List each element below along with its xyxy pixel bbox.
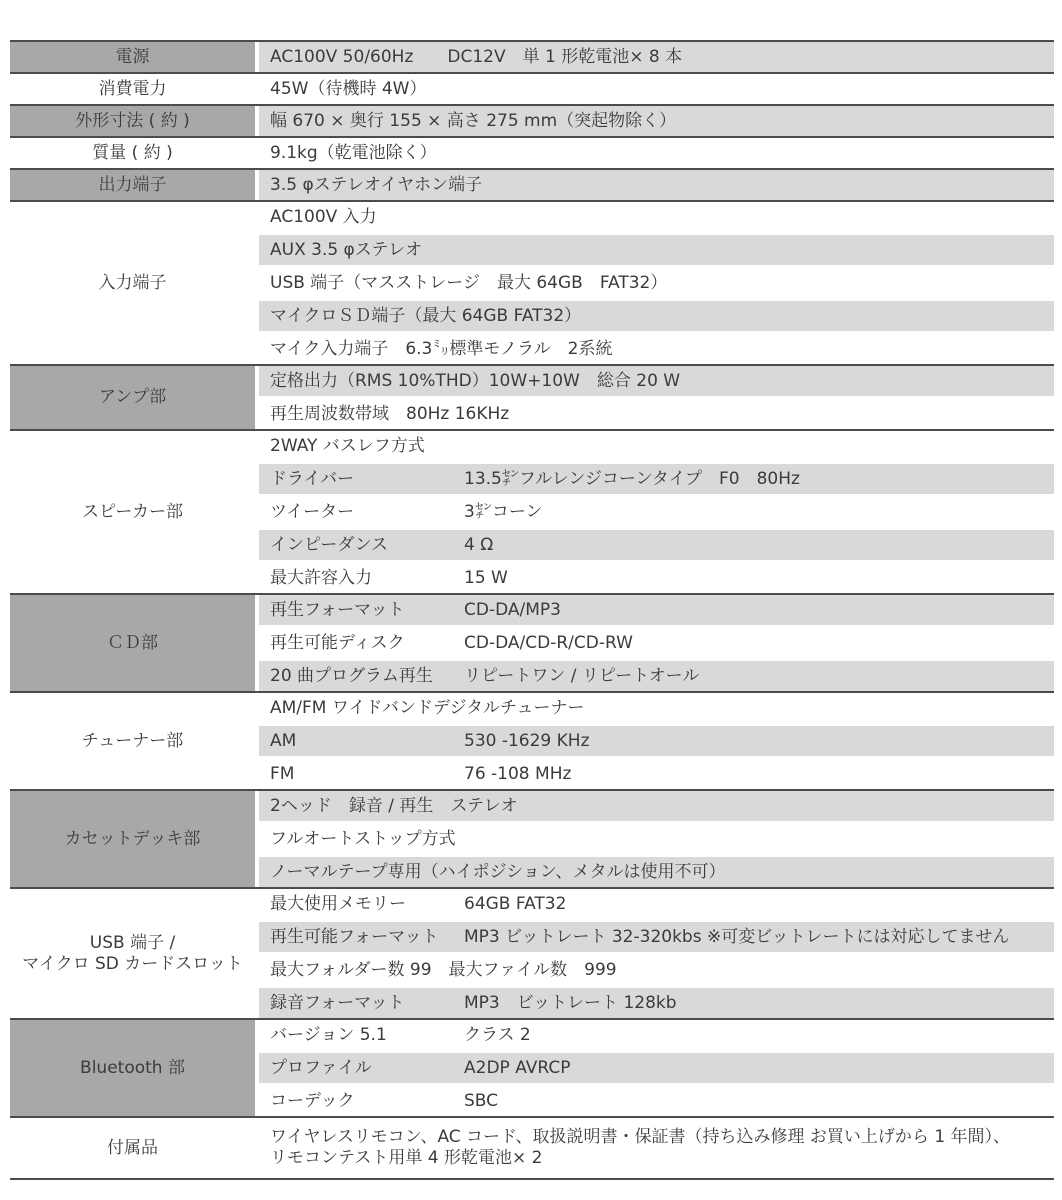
spec-sub-label: 最大許容入力 — [270, 568, 464, 589]
spec-sub-label: ツイーター — [270, 502, 464, 523]
spec-sub-label: 再生可能フォーマット — [270, 927, 464, 948]
section-power: 電源 AC100V 50/60Hz DC12V 単 1 形乾電池× 8 本 — [10, 42, 1054, 74]
spec-sub-value: CD-DA/CD-R/CD-RW — [464, 633, 1054, 654]
spec-row: 再生フォーマットCD-DA/MP3 — [259, 595, 1054, 625]
spec-row: ノーマルテープ専用（ハイポジション、メタルは使用不可） — [259, 857, 1054, 887]
section-weight: 質量 ( 約 ) 9.1kg（乾電池除く） — [10, 138, 1054, 170]
spec-row: ツイーター3㌢コーン — [259, 497, 1054, 527]
spec-value: ワイヤレスリモコン、AC コード、取扱説明書・保証書（持ち込み修理 お買い上げか… — [270, 1127, 1054, 1169]
section-label: Bluetooth 部 — [10, 1020, 255, 1116]
spec-sub-label: 録音フォーマット — [270, 993, 464, 1014]
section-amplifier: アンプ部 定格出力（RMS 10%THD）10W+10W 総合 20 W 再生周… — [10, 366, 1054, 431]
spec-row: 2WAY バスレフ方式 — [259, 431, 1054, 461]
spec-value: 再生周波数帯域 80Hz 16KHz — [270, 404, 1054, 425]
spec-value: 幅 670 × 奥行 155 × 高さ 275 mm（突起物除く） — [270, 111, 1054, 132]
spec-sub-value: 4 Ω — [464, 535, 1054, 556]
section-label: アンプ部 — [10, 366, 255, 429]
spec-sub-label: 20 曲プログラム再生 — [270, 666, 464, 687]
spec-row: バージョン 5.1クラス 2 — [259, 1020, 1054, 1050]
spec-row: 再生可能フォーマットMP3 ビットレート 32-320kbs ※可変ビットレート… — [259, 922, 1054, 952]
spec-value: フルオートストップ方式 — [270, 829, 1054, 850]
section-label: カセットデッキ部 — [10, 791, 255, 887]
section-label: ＣＤ部 — [10, 595, 255, 691]
spec-row: AM/FM ワイドバンドデジタルチューナー — [259, 693, 1054, 723]
section-label: USB 端子 / マイクロ SD カードスロット — [10, 889, 255, 1018]
spec-row: FM76 -108 MHz — [259, 759, 1054, 789]
spec-row: フルオートストップ方式 — [259, 824, 1054, 854]
spec-value: AC100V 50/60Hz DC12V 単 1 形乾電池× 8 本 — [270, 47, 1054, 68]
section-output-terminal: 出力端子 3.5 φステレオイヤホン端子 — [10, 170, 1054, 202]
spec-value: マイク入力端子 6.3㍉標準モノラル 2系統 — [270, 339, 1054, 360]
spec-sub-value: MP3 ビットレート 128kb — [464, 993, 1054, 1014]
spec-value: 2WAY バスレフ方式 — [270, 436, 1054, 457]
spec-sub-label: AM — [270, 731, 464, 752]
spec-row: マイク入力端子 6.3㍉標準モノラル 2系統 — [259, 334, 1054, 364]
spec-row: 45W（待機時 4W） — [259, 74, 1054, 104]
section-usb-sd: USB 端子 / マイクロ SD カードスロット 最大使用メモリー64GB FA… — [10, 889, 1054, 1020]
spec-value: 45W（待機時 4W） — [270, 79, 1054, 100]
spec-value: ノーマルテープ専用（ハイポジション、メタルは使用不可） — [270, 862, 1054, 883]
spec-sub-label: 最大使用メモリー — [270, 894, 464, 915]
spec-table: 電源 AC100V 50/60Hz DC12V 単 1 形乾電池× 8 本 消費… — [10, 40, 1054, 1180]
spec-sub-value: MP3 ビットレート 32-320kbs ※可変ビットレートには対応してません — [464, 927, 1054, 948]
spec-sub-value: リピートワン / リピートオール — [464, 666, 1054, 687]
spec-value: 9.1kg（乾電池除く） — [270, 143, 1054, 164]
spec-sub-label: コーデック — [270, 1091, 464, 1112]
spec-sub-value: 13.5㌢フルレンジコーンタイプ F0 80Hz — [464, 469, 1054, 490]
spec-row: 再生周波数帯域 80Hz 16KHz — [259, 399, 1054, 429]
spec-value: USB 端子（マスストレージ 最大 64GB FAT32） — [270, 273, 1054, 294]
spec-row: 2ヘッド 録音 / 再生 ステレオ — [259, 791, 1054, 821]
spec-value: マイクロＳＤ端子（最大 64GB FAT32） — [270, 306, 1054, 327]
section-label: 電源 — [10, 42, 255, 72]
spec-row: 最大フォルダー数 99 最大ファイル数 999 — [259, 955, 1054, 985]
section-cd: ＣＤ部 再生フォーマットCD-DA/MP3 再生可能ディスクCD-DA/CD-R… — [10, 595, 1054, 693]
spec-row: プロファイルA2DP AVRCP — [259, 1053, 1054, 1083]
spec-sub-label: プロファイル — [270, 1058, 464, 1079]
spec-value: AM/FM ワイドバンドデジタルチューナー — [270, 698, 1054, 719]
spec-row: 最大使用メモリー64GB FAT32 — [259, 889, 1054, 919]
section-label: チューナー部 — [10, 693, 255, 789]
spec-sub-value: 76 -108 MHz — [464, 764, 1054, 785]
spec-row: 幅 670 × 奥行 155 × 高さ 275 mm（突起物除く） — [259, 106, 1054, 136]
spec-row: USB 端子（マスストレージ 最大 64GB FAT32） — [259, 268, 1054, 298]
spec-value: AUX 3.5 φステレオ — [270, 240, 1054, 261]
spec-sub-label: 再生可能ディスク — [270, 633, 464, 654]
spec-row: 9.1kg（乾電池除く） — [259, 138, 1054, 168]
spec-row: ドライバー13.5㌢フルレンジコーンタイプ F0 80Hz — [259, 464, 1054, 494]
spec-sub-label: バージョン 5.1 — [270, 1025, 464, 1046]
section-speaker: スピーカー部 2WAY バスレフ方式 ドライバー13.5㌢フルレンジコーンタイプ… — [10, 431, 1054, 595]
spec-row: 20 曲プログラム再生リピートワン / リピートオール — [259, 661, 1054, 691]
spec-row: マイクロＳＤ端子（最大 64GB FAT32） — [259, 301, 1054, 331]
spec-value: 最大フォルダー数 99 最大ファイル数 999 — [270, 960, 1054, 981]
spec-value: 定格出力（RMS 10%THD）10W+10W 総合 20 W — [270, 371, 1054, 392]
spec-sub-value: 3㌢コーン — [464, 502, 1054, 523]
spec-sub-label: FM — [270, 764, 464, 785]
spec-sub-value: CD-DA/MP3 — [464, 600, 1054, 621]
spec-row: 再生可能ディスクCD-DA/CD-R/CD-RW — [259, 628, 1054, 658]
spec-value: 3.5 φステレオイヤホン端子 — [270, 175, 1054, 196]
spec-row: AC100V 50/60Hz DC12V 単 1 形乾電池× 8 本 — [259, 42, 1054, 72]
section-label: 質量 ( 約 ) — [10, 138, 255, 168]
spec-sub-value: 15 W — [464, 568, 1054, 589]
section-cassette-deck: カセットデッキ部 2ヘッド 録音 / 再生 ステレオ フルオートストップ方式 ノ… — [10, 791, 1054, 889]
section-tuner: チューナー部 AM/FM ワイドバンドデジタルチューナー AM530 -1629… — [10, 693, 1054, 791]
spec-sub-value: クラス 2 — [464, 1025, 1054, 1046]
spec-value: 2ヘッド 録音 / 再生 ステレオ — [270, 796, 1054, 817]
spec-sub-value: A2DP AVRCP — [464, 1058, 1054, 1079]
section-label: 外形寸法 ( 約 ) — [10, 106, 255, 136]
spec-row: AM530 -1629 KHz — [259, 726, 1054, 756]
section-accessories: 付属品 ワイヤレスリモコン、AC コード、取扱説明書・保証書（持ち込み修理 お買… — [10, 1118, 1054, 1180]
spec-sub-value: 530 -1629 KHz — [464, 731, 1054, 752]
spec-sub-label: インピーダンス — [270, 535, 464, 556]
section-label: 付属品 — [10, 1118, 255, 1178]
spec-sub-value: 64GB FAT32 — [464, 894, 1054, 915]
spec-value: AC100V 入力 — [270, 207, 1054, 228]
spec-row: ワイヤレスリモコン、AC コード、取扱説明書・保証書（持ち込み修理 お買い上げか… — [259, 1118, 1054, 1178]
spec-row: AC100V 入力 — [259, 202, 1054, 232]
section-input-terminals: 入力端子 AC100V 入力 AUX 3.5 φステレオ USB 端子（マススト… — [10, 202, 1054, 366]
section-power-consumption: 消費電力 45W（待機時 4W） — [10, 74, 1054, 106]
spec-sub-label: ドライバー — [270, 469, 464, 490]
spec-sub-value: SBC — [464, 1091, 1054, 1112]
section-label: 入力端子 — [10, 202, 255, 364]
section-dimensions: 外形寸法 ( 約 ) 幅 670 × 奥行 155 × 高さ 275 mm（突起… — [10, 106, 1054, 138]
spec-row: 定格出力（RMS 10%THD）10W+10W 総合 20 W — [259, 366, 1054, 396]
section-bluetooth: Bluetooth 部 バージョン 5.1クラス 2 プロファイルA2DP AV… — [10, 1020, 1054, 1118]
section-label: 出力端子 — [10, 170, 255, 200]
section-label: スピーカー部 — [10, 431, 255, 593]
section-label: 消費電力 — [10, 74, 255, 104]
spec-row: インピーダンス4 Ω — [259, 530, 1054, 560]
spec-row: 最大許容入力15 W — [259, 563, 1054, 593]
spec-row: 3.5 φステレオイヤホン端子 — [259, 170, 1054, 200]
spec-sub-label: 再生フォーマット — [270, 600, 464, 621]
spec-row: コーデックSBC — [259, 1086, 1054, 1116]
spec-row: 録音フォーマットMP3 ビットレート 128kb — [259, 988, 1054, 1018]
spec-row: AUX 3.5 φステレオ — [259, 235, 1054, 265]
